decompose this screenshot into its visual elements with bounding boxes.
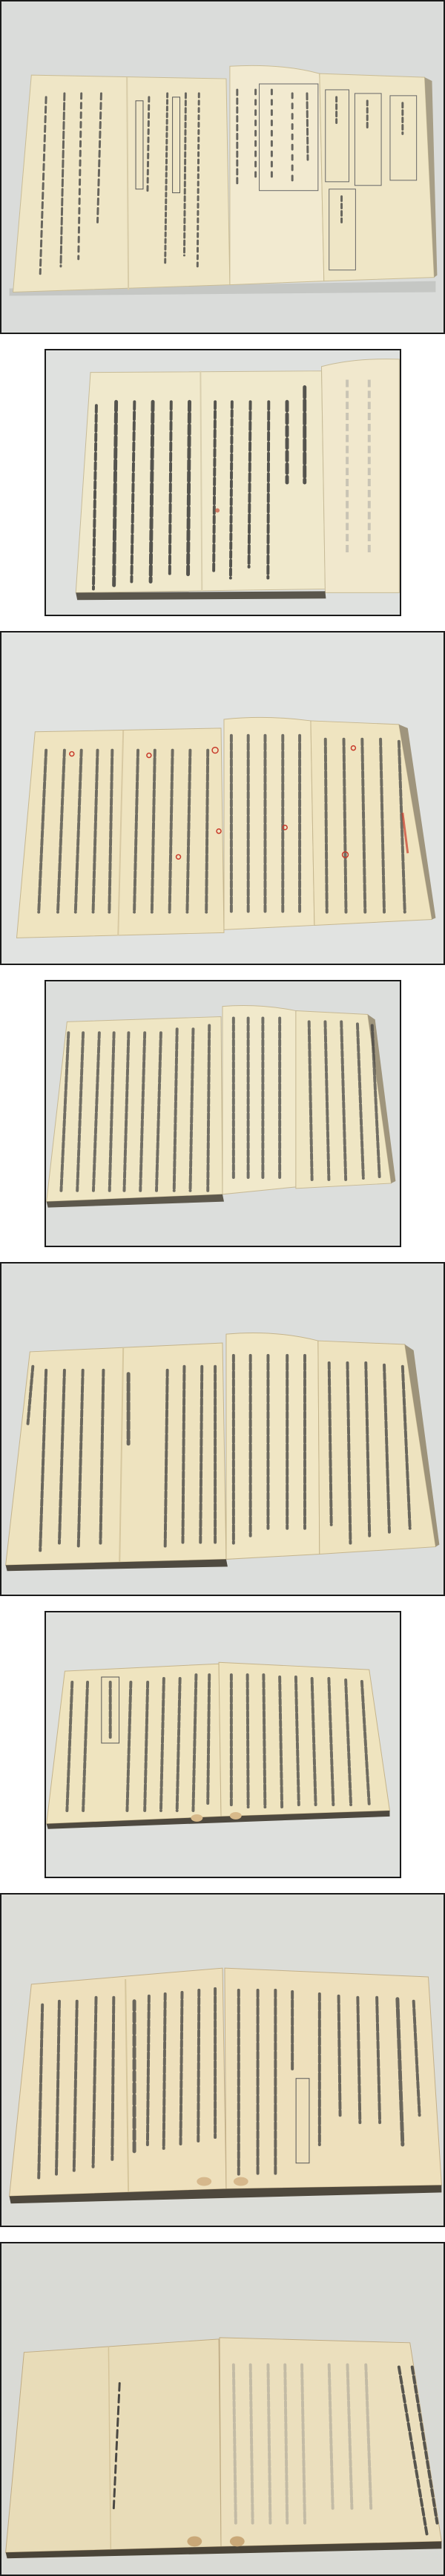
open-manuscript-image	[1, 1264, 444, 1595]
product-photo-2: 灌頂道場中記	[44, 349, 401, 616]
product-photo-5: open manuscript, text with section headi…	[0, 1262, 445, 1596]
product-photo-1: open manuscript, ritual implements list …	[0, 0, 445, 334]
product-photo-7: open manuscript, text with boxed annotat…	[0, 1893, 445, 2227]
open-manuscript-image	[46, 1612, 400, 1877]
open-manuscript-image	[1, 632, 444, 964]
open-manuscript-image	[46, 350, 400, 615]
product-photo-8: 寶暦十己巳年十月…	[0, 2242, 445, 2576]
open-manuscript-image	[1, 1, 444, 333]
open-manuscript-image	[1, 1895, 444, 2226]
product-photo-3: open manuscript, dense text with red cir…	[0, 631, 445, 965]
open-manuscript-image	[46, 981, 400, 1246]
product-photo-6: open manuscript, text with boxed label	[44, 1611, 401, 1878]
product-photo-4: open manuscript, dense text pages	[44, 980, 401, 1247]
open-manuscript-image	[1, 2243, 444, 2575]
